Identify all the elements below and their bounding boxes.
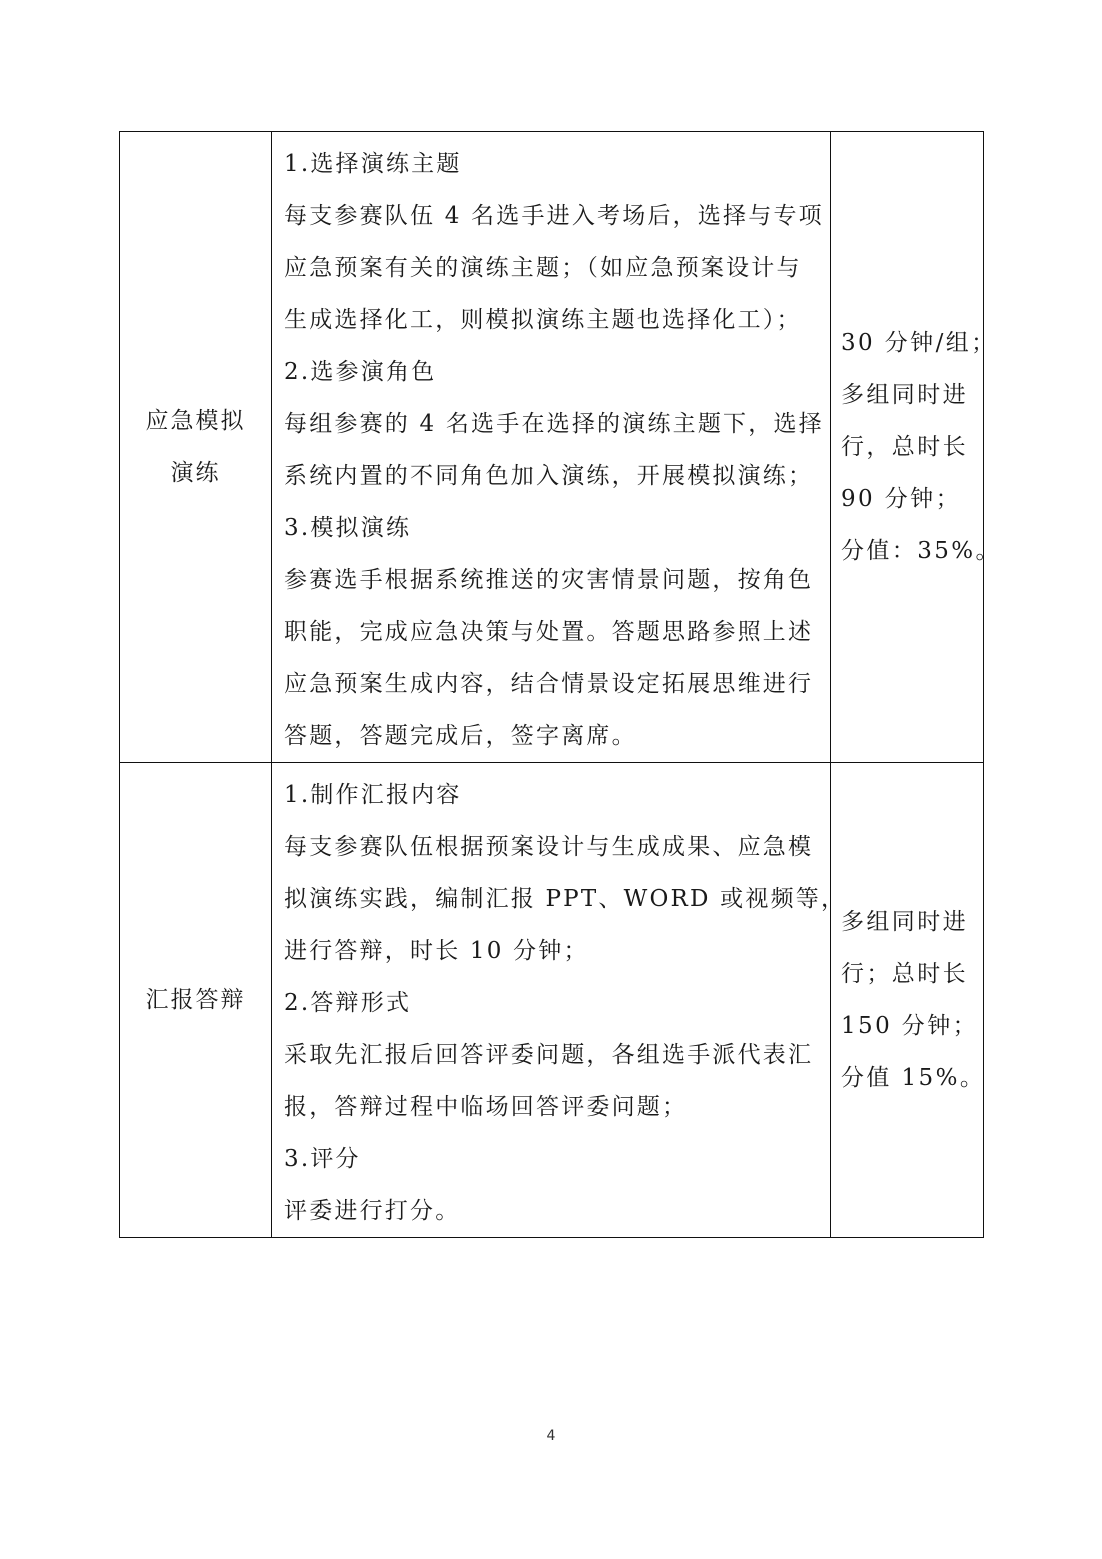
content-line: 生成选择化工，则模拟演练主题也选择化工）； (284, 294, 820, 346)
content-line: 1.选择演练主题 (284, 138, 820, 190)
time-score-cell: 多组同时进 行；总时长 150 分钟； 分值 15%。 (831, 763, 984, 1238)
content-line: 系统内置的不同角色加入演练，开展模拟演练； (284, 450, 820, 502)
event-name-line: 演练 (120, 447, 271, 499)
content-line: 每支参赛队伍根据预案设计与生成成果、应急模 (284, 821, 820, 873)
event-content-cell: 1.选择演练主题 每支参赛队伍 4 名选手进入考场后，选择与专项 应急预案有关的… (272, 132, 831, 763)
time-line: 分值：35%。 (841, 525, 975, 577)
content-line: 2.选参演角色 (284, 346, 820, 398)
time-line: 行，总时长 (841, 421, 975, 473)
time-line: 行；总时长 (841, 948, 975, 1000)
content-line: 每支参赛队伍 4 名选手进入考场后，选择与专项 (284, 190, 820, 242)
content-line: 采取先汇报后回答评委问题，各组选手派代表汇 (284, 1029, 820, 1081)
event-name-line: 应急模拟 (120, 395, 271, 447)
table-row-report-defense: 汇报答辩 1.制作汇报内容 每支参赛队伍根据预案设计与生成成果、应急模 拟演练实… (120, 763, 984, 1238)
content-line: 每组参赛的 4 名选手在选择的演练主题下，选择 (284, 398, 820, 450)
time-line: 分值 15%。 (841, 1052, 975, 1104)
table-row-emergency-drill: 应急模拟 演练 1.选择演练主题 每支参赛队伍 4 名选手进入考场后，选择与专项… (120, 132, 984, 763)
content-line: 参赛选手根据系统推送的灾害情景问题，按角色 (284, 554, 820, 606)
event-name-line: 汇报答辩 (120, 974, 271, 1026)
time-line: 30 分钟/组； (841, 317, 975, 369)
time-line: 多组同时进 (841, 369, 975, 421)
content-line: 应急预案生成内容，结合情景设定拓展思维进行 (284, 658, 820, 710)
time-line: 多组同时进 (841, 896, 975, 948)
content-line: 3.模拟演练 (284, 502, 820, 554)
content-line: 答题，答题完成后，签字离席。 (284, 710, 820, 762)
event-content-cell: 1.制作汇报内容 每支参赛队伍根据预案设计与生成成果、应急模 拟演练实践，编制汇… (272, 763, 831, 1238)
event-name-cell: 汇报答辩 (120, 763, 272, 1238)
content-line: 3.评分 (284, 1133, 820, 1185)
content-line: 1.制作汇报内容 (284, 769, 820, 821)
content-line: 2.答辩形式 (284, 977, 820, 1029)
page-number: 4 (0, 1428, 1102, 1444)
content-line: 职能，完成应急决策与处置。答题思路参照上述 (284, 606, 820, 658)
time-line: 90 分钟； (841, 473, 975, 525)
content-line: 评委进行打分。 (284, 1185, 820, 1237)
content-line: 报，答辩过程中临场回答评委问题； (284, 1081, 820, 1133)
content-line: 应急预案有关的演练主题；（如应急预案设计与 (284, 242, 820, 294)
time-line: 150 分钟； (841, 1000, 975, 1052)
content-line: 拟演练实践，编制汇报 PPT、WORD 或视频等， (284, 873, 820, 925)
time-score-cell: 30 分钟/组； 多组同时进 行，总时长 90 分钟； 分值：35%。 (831, 132, 984, 763)
event-name-cell: 应急模拟 演练 (120, 132, 272, 763)
content-line: 进行答辩，时长 10 分钟； (284, 925, 820, 977)
competition-table: 应急模拟 演练 1.选择演练主题 每支参赛队伍 4 名选手进入考场后，选择与专项… (119, 131, 984, 1238)
